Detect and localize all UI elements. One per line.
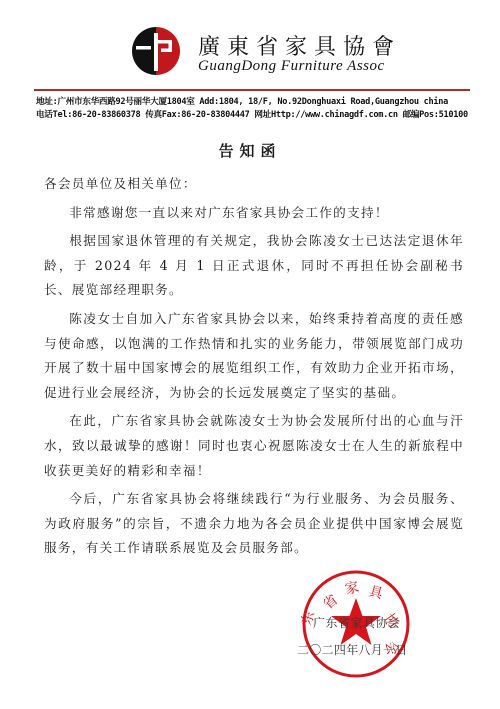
paragraph-future: 今后，广东省家具协会将继续践行“为行业服务、为会员服务、为政府服务”的宗旨，不遗… (44, 487, 464, 561)
org-name-english: GuangDong Furniture Assoc (198, 58, 385, 75)
gdfa-logo-icon (132, 27, 180, 75)
contact-line: 电话Tel:86-20-83860378 传真Fax:86-20-8380444… (36, 108, 468, 120)
salutation: 各会员单位及相关单位： (44, 172, 464, 197)
paragraph-contributions: 陈凌女士自加入广东省家具协会以来，始终秉持着高度的责任感与使命感，以饱满的工作热… (44, 307, 464, 405)
svg-text:具: 具 (367, 583, 386, 602)
paragraph-retirement: 根据国家退休管理的有关规定，我协会陈凌女士已达法定退休年龄，于 2024 年 4… (44, 229, 464, 303)
org-name-chinese: 廣東省家具協會 (198, 30, 401, 61)
document-title: 告知函 (0, 140, 500, 161)
address-line: 地址:广州市东华西路92号丽华大厦1804室 Add:1804, 18/F, N… (36, 95, 448, 107)
svg-text:省: 省 (320, 591, 342, 613)
signature-organization: 广东省家具协会 (313, 614, 401, 631)
svg-text:家: 家 (344, 579, 361, 598)
paragraph-thanks: 非常感谢您一直以来对广东省家具协会工作的支持！ (44, 201, 464, 226)
letterhead: 廣東省家具協會 GuangDong Furniture Assoc 地址:广州市… (0, 0, 500, 125)
document-body: 各会员单位及相关单位： 非常感谢您一直以来对广东省家具协会工作的支持！ 根据国家… (44, 172, 464, 561)
letterhead-divider (34, 89, 470, 91)
signature-date: 二〇二四年八月一日 (297, 641, 408, 658)
paragraph-gratitude: 在此，广东省家具协会就陈凌女士为协会发展所付出的心血与汗水，致以最诚挚的感谢！同… (44, 409, 464, 483)
